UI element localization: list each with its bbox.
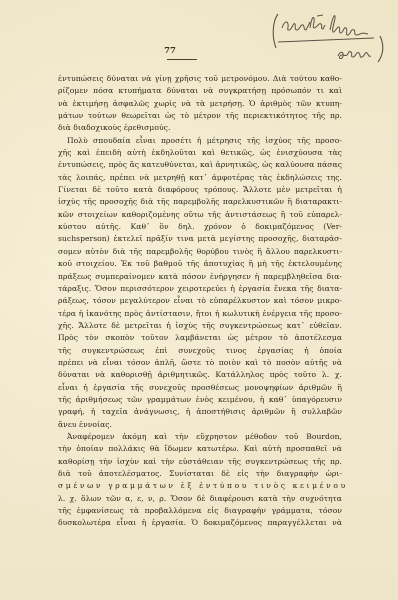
text-line: κῶν στοιχείων καθοριζομένης οὕτω τῆς ἀντ… [58,209,342,221]
text-line: τὰς λοιπάς, πρέπει νὰ μετρηθῇ κατ᾿ ἀμφοτ… [58,172,342,184]
handwritten-annotation [270,8,390,66]
text-line: Γίνεται δὲ τοῦτο κατὰ διαφόρους τρόπους.… [58,184,342,196]
text-line: Ἀναφέρομεν ἀκόμη καὶ τὴν εὔχρηστον μέθοδ… [58,431,342,443]
text-line: νὰ ἐκτιμήσῃ ἀσφαλῶς χωρὶς νὰ τὰ μετρήσῃ.… [58,98,342,110]
text-line: suchsperson) ἐκτελεῖ πρᾶξίν τινα μετὰ με… [58,233,342,245]
text-line: κοῦ στοιχείου. Ἐκ τοῦ βαθμοῦ τῆς ἀποτυχί… [58,258,342,270]
text-line: εἶναι ἡ ἐργασία τῆς συνεχοῦς προσθέσεως … [58,382,342,394]
text-line: τάραξις. Ὅσον περισσότερον χειροτερεύει … [58,283,342,295]
text-line: κύστου αὐτῆς. Καθ᾿ ὃν δηλ. χρόνον ὁ δοκι… [58,221,342,233]
text-line: τέρα ἡ ἱκανότης πρὸς ἀντίστασιν, ἤτοι ἡ … [58,308,342,320]
text-line: ἐντυπώσεις δύναται νὰ γίνῃ χρῆσις τοῦ με… [58,73,342,85]
text-line: ράξεως, τόσον μεγαλύτερον εἶναι τὸ εὐπαρ… [58,295,342,307]
text-line: χῆς καὶ ἐπειδὴ αὐτὴ ἐκδηλοῦται καὶ θετικ… [58,147,342,159]
handwriting-scribble-icon [270,8,390,66]
text-line: μάτων τούτων θεωρεῖται ὡς τὸ μέτρον τῆς … [58,110,342,122]
text-line: δυσκολωτέρα εἶναι ἡ ἐργασία. Ὁ δοκιμαζόμ… [58,517,342,529]
text-line-emphasized: σμένων γραμμάτων ἐξ ἐντύπου τινὸς κειμέν… [58,480,342,492]
text-line: ἄνευ ἐννοίας. [58,419,342,431]
text-line: διὰ τοῦ ἀποτελέσματος. Συνίσταται δὲ εἰς… [58,468,342,480]
page-number: 77 [150,46,190,56]
text-line: τὴν ὁποίαν πολλάκις θὰ ἴδωμεν κατωτέρω. … [58,443,342,455]
text-line: Πρὸς τὸν σκοπὸν τοῦτον λαμβάνεται ὡς μέτ… [58,332,342,344]
body-text: ἐντυπώσεις δύναται νὰ γίνῃ χρῆσις τοῦ με… [58,73,342,530]
text-line: τῆς ἐμφανίσεως τὰ προβαλλόμενα εἰς διαγρ… [58,505,342,517]
text-line: χῆς. Ἄλλοτε δὲ μετρεῖται ἡ ἰσχὺς τῆς συγ… [58,320,342,332]
text-line: ρίζομεν πόσα κτυπήματα δύναται νὰ συγκρα… [58,85,342,97]
text-line: δύναται νὰ καθορισθῇ ἀριθμητικῶς. Κατάλλ… [58,369,342,381]
text-line: διὰ διαδοχικοὺς ἐρεθισμούς. [58,122,342,134]
page-number-rule [167,59,197,60]
text-line: τῆς ἀριθμήσεως τῶν γραμμάτων ἑνὸς κειμέν… [58,394,342,406]
text-line: ἰσχὺς τῆς προσοχῆς διὰ τῆς παρεμβολῆς πα… [58,196,342,208]
text-line: καθορίσῃ τὴν ἰσχὺν καὶ τὴν εὐστάθειαν τῆ… [58,456,342,468]
scanned-page: 77 ἐντυπώσεις δύναται νὰ γίνῃ χρῆσις τοῦ… [0,0,398,600]
text-line: λ. χ. ὅλων τῶν α, ε, ν, ρ. Ὅσον δὲ διαφέ… [58,493,342,505]
text-line: τῆς συγκεντρώσεως ἐπὶ συνεχοῦς τινος ἐργ… [58,345,342,357]
text-line: σομεν αὐτὸν διὰ τῆς παρεμβολῆς θορύβου τ… [58,246,342,258]
text-line: Πολὺ σπουδαία εἶναι προσέτι ἡ μέτρησις τ… [58,135,342,147]
text-line: ἐντυπώσεις, πρὸς ἃς κατευθύνεται, καὶ ἀρ… [58,159,342,171]
text-line: πρέπει νὰ εἶναι τόσον ἁπλῆ, ὥστε τὸ ποιὸ… [58,357,342,369]
text-line: πράξεως συμπεραίνομεν κατὰ πόσον ἐνήργησ… [58,271,342,283]
text-line: γραφή, ἡ ταχεῖα ἀνάγνωσις, ἡ ἀποστήθισις… [58,406,342,418]
